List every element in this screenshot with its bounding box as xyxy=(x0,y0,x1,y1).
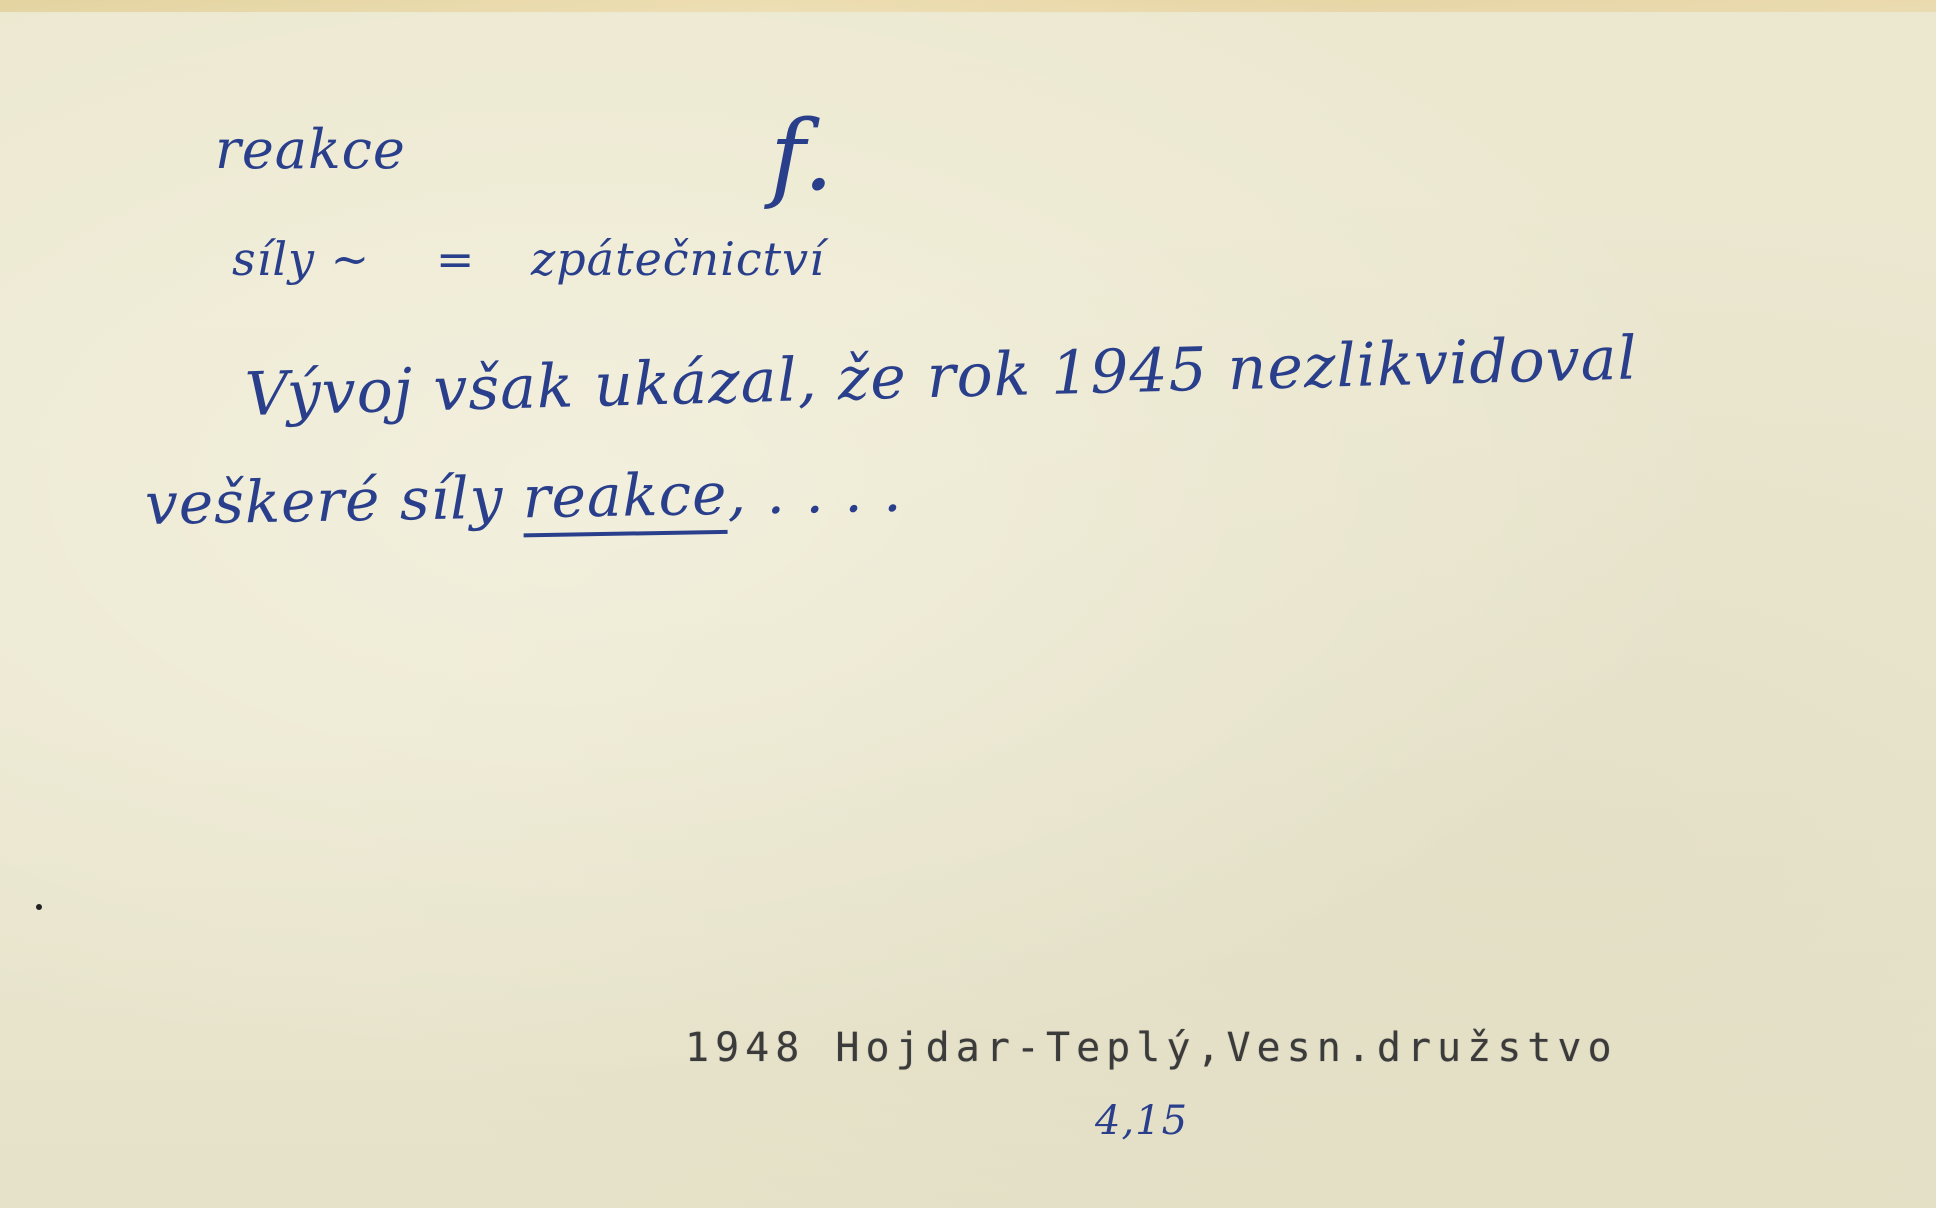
example-line-2-end: , . . . . xyxy=(727,457,903,528)
phrase-definition: síly ~ = zpátečnictví xyxy=(232,232,825,286)
headword: reakce xyxy=(215,118,406,181)
dictionary-index-card: reakce f. síly ~ = zpátečnictví Vývoj vš… xyxy=(0,0,1936,1208)
underlined-keyword: reakce xyxy=(522,460,728,538)
gender-marker: f. xyxy=(770,100,835,212)
card-top-edge xyxy=(0,0,1936,12)
example-line-2-start: veškeré síly xyxy=(144,463,523,538)
example-line-2: veškeré síly reakce, . . . . xyxy=(144,457,902,538)
phrase-meaning: zpátečnictví xyxy=(531,232,825,286)
margin-dot xyxy=(36,904,42,910)
example-line-1: Vývoj však ukázal, že rok 1945 nezlikvid… xyxy=(244,324,1638,430)
phrase-term: síly ~ xyxy=(232,232,370,286)
source-citation: 1948 Hojdar-Teplý,Vesn.družstvo xyxy=(685,1025,1618,1071)
equals-sign: = xyxy=(436,232,476,286)
page-reference: 4,15 xyxy=(1095,1098,1188,1144)
